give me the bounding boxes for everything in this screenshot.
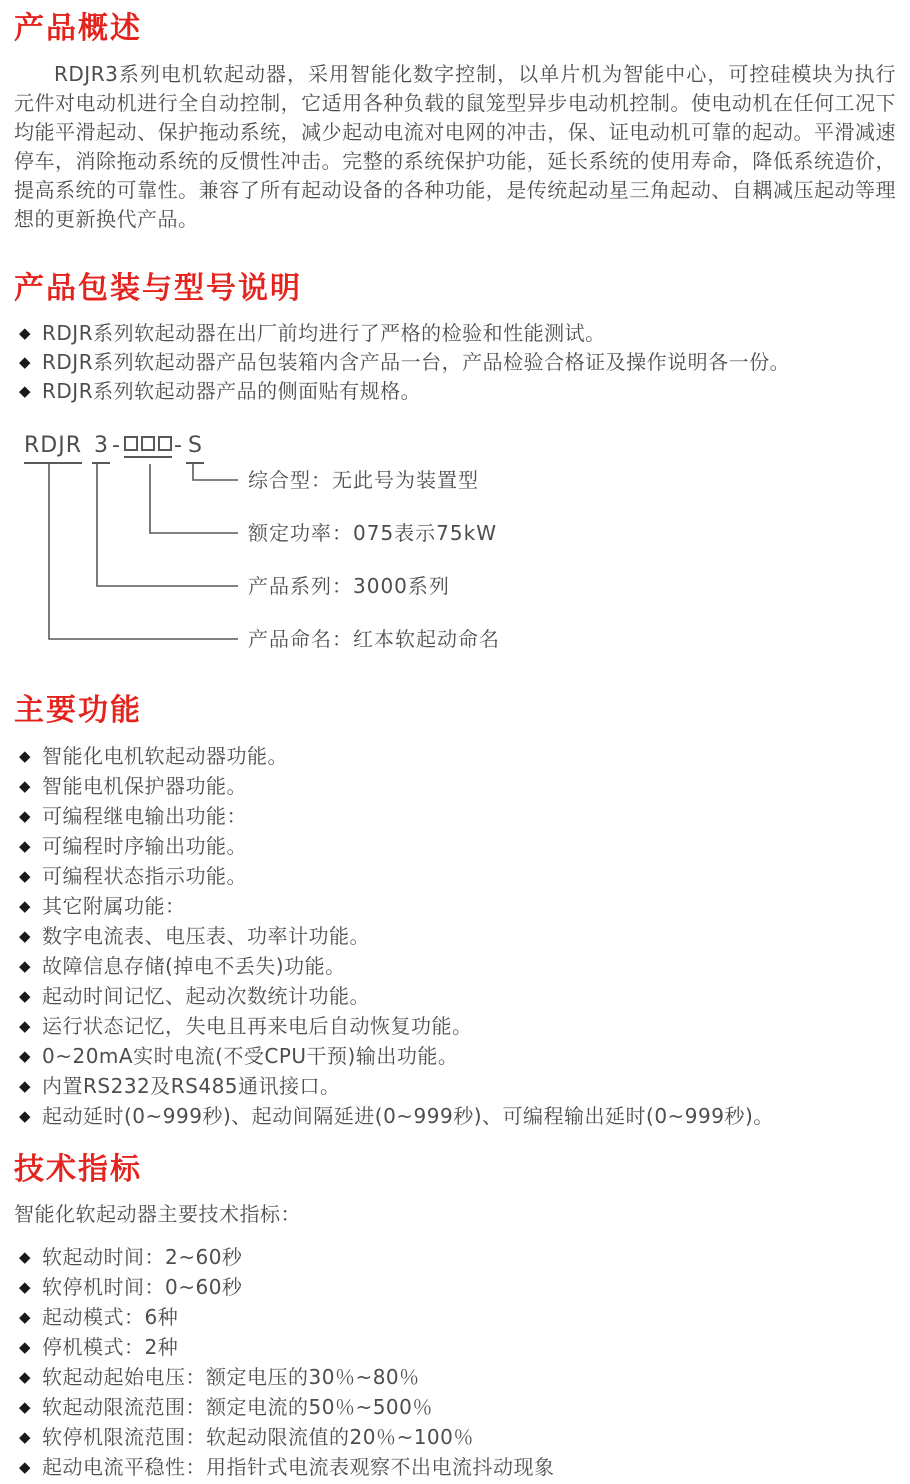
manual-page: { "ui": { "bullet_marker": "◆" }, "color… <box>0 0 910 1484</box>
list-item: ◆软停机时间：0~60秒 <box>14 1272 896 1302</box>
list-item: ◆其它附属功能： <box>14 891 896 921</box>
list-item: ◆停机模式：2种 <box>14 1332 896 1362</box>
list-item-text: 软起动时间：2~60秒 <box>42 1242 242 1272</box>
list-item: ◆故障信息存储(掉电不丢失)功能。 <box>14 951 896 981</box>
list-item-text: 软起动限流范围：额定电流的50％~500％ <box>42 1392 433 1422</box>
list-item-text: 可编程时序输出功能。 <box>42 831 247 861</box>
list-item-text: 0~20mA实时电流(不受CPU干预)输出功能。 <box>42 1041 458 1071</box>
list-item-text: RDJR系列软起动器产品的侧面贴有规格。 <box>42 377 421 406</box>
list-item-text: 故障信息存储(掉电不丢失)功能。 <box>42 951 346 981</box>
specs-bullet-list: ◆软起动时间：2~60秒 ◆软停机时间：0~60秒 ◆起动模式：6种 ◆停机模式… <box>14 1242 896 1482</box>
diamond-bullet-icon: ◆ <box>14 1302 42 1332</box>
list-item: ◆起动时间记忆、起动次数统计功能。 <box>14 981 896 1011</box>
list-item: ◆可编程状态指示功能。 <box>14 861 896 891</box>
diagram-label-power: 额定功率：075表示75kW <box>248 521 497 545</box>
diamond-bullet-icon: ◆ <box>14 891 42 921</box>
list-item: ◆软起动起始电压：额定电压的30％~80％ <box>14 1362 896 1392</box>
list-item: ◆软停机限流范围：软起动限流值的20％~100％ <box>14 1422 896 1452</box>
list-item: ◆内置RS232及RS485通讯接口。 <box>14 1071 896 1101</box>
list-item-text: 智能电机保护器功能。 <box>42 771 247 801</box>
diamond-bullet-icon: ◆ <box>14 1272 42 1302</box>
list-item-text: 可编程状态指示功能。 <box>42 861 247 891</box>
diamond-bullet-icon: ◆ <box>14 861 42 891</box>
overview-section-title: 产品概述 <box>14 12 896 46</box>
diamond-bullet-icon: ◆ <box>14 831 42 861</box>
list-item-text: RDJR系列软起动器产品包装箱内含产品一台，产品检验合格证及操作说明各一份。 <box>42 348 790 377</box>
packaging-section-title: 产品包装与型号说明 <box>14 272 896 306</box>
list-item: ◆智能电机保护器功能。 <box>14 771 896 801</box>
diamond-bullet-icon: ◆ <box>14 741 42 771</box>
diamond-bullet-icon: ◆ <box>14 377 42 406</box>
list-item-text: 智能化电机软起动器功能。 <box>42 741 288 771</box>
list-item: ◆软起动限流范围：额定电流的50％~500％ <box>14 1392 896 1422</box>
diamond-bullet-icon: ◆ <box>14 981 42 1011</box>
list-item: ◆起动电流平稳性：用指针式电流表观察不出电流抖动现象 <box>14 1452 896 1482</box>
list-item-text: 运行状态记忆，失电且再来电后自动恢复功能。 <box>42 1011 473 1041</box>
list-item: ◆数字电流表、电压表、功率计功能。 <box>14 921 896 951</box>
diamond-bullet-icon: ◆ <box>14 1101 42 1131</box>
diamond-bullet-icon: ◆ <box>14 1041 42 1071</box>
list-item: ◆RDJR系列软起动器产品的侧面贴有规格。 <box>14 377 896 406</box>
diagram-label-type: 综合型：无此号为装置型 <box>248 468 479 492</box>
diamond-bullet-icon: ◆ <box>14 1422 42 1452</box>
diamond-bullet-icon: ◆ <box>14 1071 42 1101</box>
overview-paragraph: RDJR3系列电机软起动器，采用智能化数字控制，以单片机为智能中心，可控硅模块为… <box>14 60 896 234</box>
diamond-bullet-icon: ◆ <box>14 951 42 981</box>
diamond-bullet-icon: ◆ <box>14 801 42 831</box>
list-item-text: 数字电流表、电压表、功率计功能。 <box>42 921 370 951</box>
specs-section-title: 技术指标 <box>14 1153 896 1187</box>
list-item: ◆软起动时间：2~60秒 <box>14 1242 896 1272</box>
list-item: ◆RDJR系列软起动器在出厂前均进行了严格的检验和性能测试。 <box>14 319 896 348</box>
list-item-text: 停机模式：2种 <box>42 1332 178 1362</box>
specs-intro: 智能化软起动器主要技术指标： <box>14 1200 896 1229</box>
functions-section-title: 主要功能 <box>14 694 896 728</box>
list-item-text: 内置RS232及RS485通讯接口。 <box>42 1071 341 1101</box>
model-number-diagram: RDJR 3 - - S 综合型：无此号为装置型 额定功率：075表示75kW … <box>14 434 896 686</box>
list-item: ◆智能化电机软起动器功能。 <box>14 741 896 771</box>
diamond-bullet-icon: ◆ <box>14 1011 42 1041</box>
functions-bullet-list: ◆智能化电机软起动器功能。 ◆智能电机保护器功能。 ◆可编程继电输出功能： ◆可… <box>14 741 896 1131</box>
diamond-bullet-icon: ◆ <box>14 921 42 951</box>
list-item: ◆起动延时(0~999秒)、起动间隔延进(0~999秒)、可编程输出延时(0~9… <box>14 1101 896 1131</box>
diamond-bullet-icon: ◆ <box>14 1452 42 1482</box>
list-item-text: 软起动起始电压：额定电压的30％~80％ <box>42 1362 420 1392</box>
list-item: ◆起动模式：6种 <box>14 1302 896 1332</box>
diamond-bullet-icon: ◆ <box>14 1362 42 1392</box>
list-item-text: 起动模式：6种 <box>42 1302 178 1332</box>
list-item: ◆RDJR系列软起动器产品包装箱内含产品一台，产品检验合格证及操作说明各一份。 <box>14 348 896 377</box>
list-item-text: RDJR系列软起动器在出厂前均进行了严格的检验和性能测试。 <box>42 319 606 348</box>
diamond-bullet-icon: ◆ <box>14 348 42 377</box>
list-item-text: 其它附属功能： <box>42 891 186 921</box>
list-item: ◆运行状态记忆，失电且再来电后自动恢复功能。 <box>14 1011 896 1041</box>
list-item: ◆可编程时序输出功能。 <box>14 831 896 861</box>
packaging-bullet-list: ◆RDJR系列软起动器在出厂前均进行了严格的检验和性能测试。 ◆RDJR系列软起… <box>14 319 896 406</box>
list-item-text: 可编程继电输出功能： <box>42 801 247 831</box>
diagram-label-name: 产品命名：红本软起动命名 <box>248 627 500 651</box>
list-item: ◆0~20mA实时电流(不受CPU干预)输出功能。 <box>14 1041 896 1071</box>
list-item-text: 软停机限流范围：软起动限流值的20％~100％ <box>42 1422 474 1452</box>
list-item-text: 起动时间记忆、起动次数统计功能。 <box>42 981 370 1011</box>
diagram-label-series: 产品系列：3000系列 <box>248 574 450 598</box>
diamond-bullet-icon: ◆ <box>14 1332 42 1362</box>
list-item-text: 软停机时间：0~60秒 <box>42 1272 242 1302</box>
list-item: ◆可编程继电输出功能： <box>14 801 896 831</box>
diamond-bullet-icon: ◆ <box>14 771 42 801</box>
list-item-text: 起动延时(0~999秒)、起动间隔延进(0~999秒)、可编程输出延时(0~99… <box>42 1101 774 1131</box>
diamond-bullet-icon: ◆ <box>14 1392 42 1422</box>
list-item-text: 起动电流平稳性：用指针式电流表观察不出电流抖动现象 <box>42 1452 555 1482</box>
diamond-bullet-icon: ◆ <box>14 319 42 348</box>
diamond-bullet-icon: ◆ <box>14 1242 42 1272</box>
